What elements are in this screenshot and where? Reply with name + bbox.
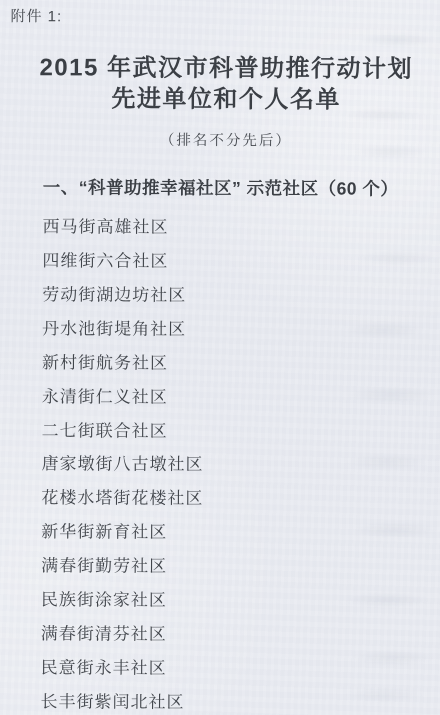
- list-item-community: 民意街永丰社区: [41, 651, 203, 686]
- list-item-community: 新华街新育社区: [41, 516, 203, 551]
- list-item-community: 花楼水塔街花楼社区: [41, 482, 203, 517]
- section-heading-demonstration-communities: 一、“科普助推幸福社区” 示范社区（60 个）: [43, 174, 399, 201]
- attachment-label: 附件 1:: [10, 5, 62, 26]
- community-list: 西马街高雄社区四维街六合社区劳动街湖边坊社区丹水池街堤角社区新村街航务社区永清街…: [40, 210, 204, 715]
- list-item-community: 二七街联合社区: [42, 414, 204, 449]
- document-body: 附件 1: 2015 年武汉市科普助推行动计划 先进单位和个人名单 （排名不分先…: [0, 0, 440, 715]
- document-title: 2015 年武汉市科普助推行动计划 先进单位和个人名单: [21, 52, 431, 116]
- list-item-community: 劳动街湖边坊社区: [42, 278, 204, 313]
- list-item-community: 唐家墩街八古墩社区: [41, 448, 203, 483]
- list-item-community: 西马街高雄社区: [42, 210, 204, 245]
- subtitle-ranking-note: （排名不分先后）: [21, 128, 431, 151]
- list-item-community: 满春街勤劳社区: [41, 549, 203, 584]
- title-line-1: 2015 年武汉市科普助推行动计划: [21, 52, 431, 85]
- list-item-community: 永清街仁义社区: [42, 380, 204, 415]
- list-item-community: 新村街航务社区: [42, 346, 204, 381]
- list-item-community: 丹水池街堤角社区: [42, 312, 204, 347]
- list-item-community: 民族街涂家社区: [41, 583, 203, 618]
- list-item-community: 满春街清芬社区: [41, 617, 203, 652]
- scanned-document-page: { "page": { "attachment_label": "附件 1:",…: [0, 0, 440, 715]
- list-item-community: 四维街六合社区: [42, 244, 204, 279]
- title-line-2: 先进单位和个人名单: [21, 83, 431, 116]
- list-item-community: 长丰街紫闰北社区: [40, 685, 202, 715]
